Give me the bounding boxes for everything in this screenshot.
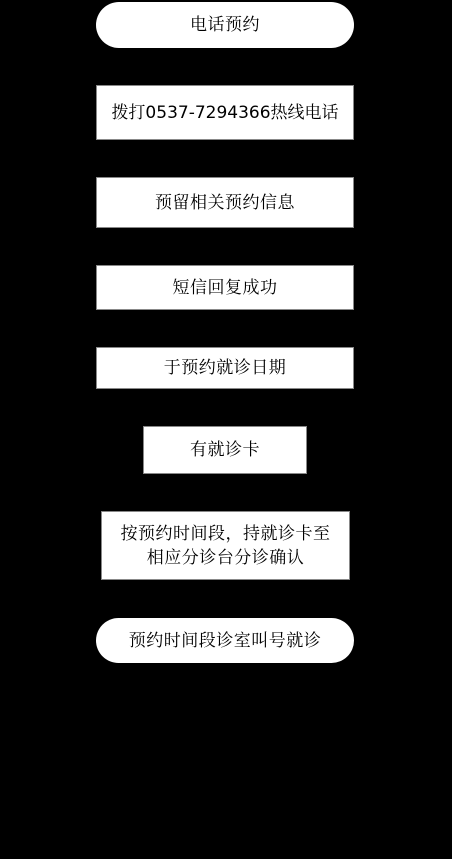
node-label: 预约时间段诊室叫号就诊 [129,629,322,653]
node-label: 预留相关预约信息 [155,191,295,215]
node-label: 短信回复成功 [173,276,278,300]
step-has-medical-card: 有就诊卡 [143,426,307,474]
start-node-phone-booking: 电话预约 [96,2,354,48]
end-node-called-for-visit: 预约时间段诊室叫号就诊 [96,618,354,663]
node-label: 按预约时间段，持就诊卡至 相应分诊台分诊确认 [121,522,331,570]
node-label: 电话预约 [190,13,260,37]
step-sms-confirmation: 短信回复成功 [96,265,354,310]
node-label: 于预约就诊日期 [164,356,287,380]
step-leave-booking-info: 预留相关预约信息 [96,177,354,228]
step-dial-hotline: 拨打0537-7294366热线电话 [96,85,354,140]
step-on-appointment-date: 于预约就诊日期 [96,347,354,389]
node-label: 有就诊卡 [190,438,260,462]
node-label: 拨打0537-7294366热线电话 [111,101,338,125]
step-triage-confirmation: 按预约时间段，持就诊卡至 相应分诊台分诊确认 [101,511,350,580]
